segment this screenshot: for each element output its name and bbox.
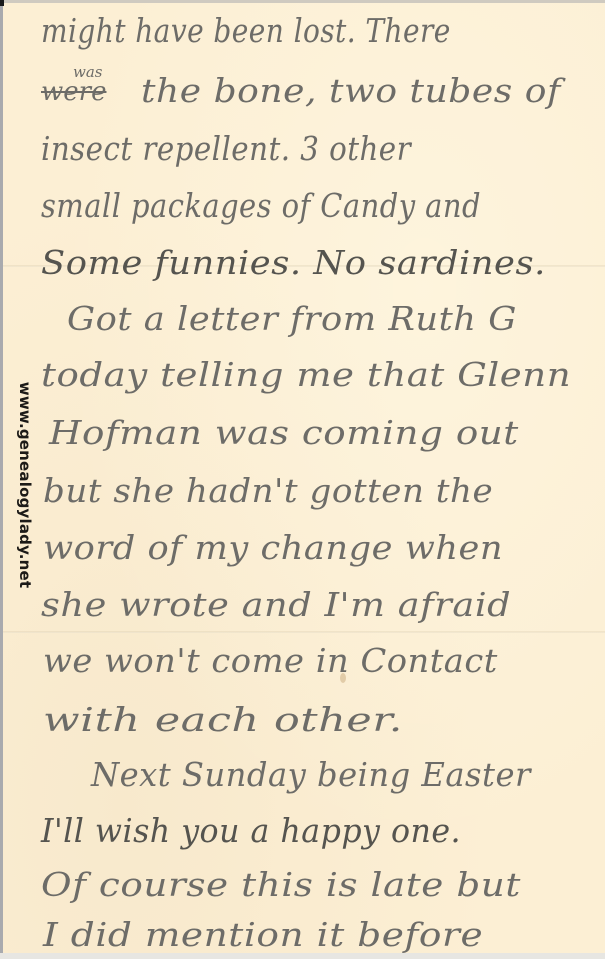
letter-line-6: Got a letter from Ruth G — [67, 299, 517, 338]
scan-corner-shadow — [0, 0, 4, 6]
letter-line-2: the bone, two tubes of — [141, 71, 561, 110]
letter-line-16: Of course this is late but — [41, 865, 521, 904]
letter-line-3: insect repellent. 3 other — [41, 129, 411, 168]
struck-out-word: were — [41, 77, 106, 107]
letter-line-15: I'll wish you a happy one. — [41, 811, 461, 850]
letter-line-8: Hofman was coming out — [49, 413, 519, 452]
letter-line-5: Some funnies. No sardines. — [41, 243, 546, 282]
letter-line-9: but she hadn't gotten the — [43, 471, 493, 510]
letter-line-1: might have been lost. There — [41, 11, 451, 50]
letter-line-10: word of my change when — [43, 528, 503, 567]
watermark-text: www.genealogylady.net — [16, 382, 34, 588]
letter-line-14: Next Sunday being Easter — [91, 755, 531, 794]
letter-paper: might have been lost. There was were the… — [3, 3, 605, 953]
letter-line-13: with each other. — [43, 700, 403, 739]
letter-line-4: small packages of Candy and — [41, 186, 481, 225]
letter-line-12: we won't come in Contact — [43, 641, 498, 680]
watermark: www.genealogylady.net — [15, 375, 35, 595]
scan-bottom-edge — [0, 953, 605, 959]
letter-line-11: she wrote and I'm afraid — [41, 585, 511, 624]
letter-line-17: I did mention it before — [43, 915, 483, 953]
letter-line-7: today telling me that Glenn — [41, 355, 571, 394]
letter-body: might have been lost. There was were the… — [3, 3, 605, 953]
